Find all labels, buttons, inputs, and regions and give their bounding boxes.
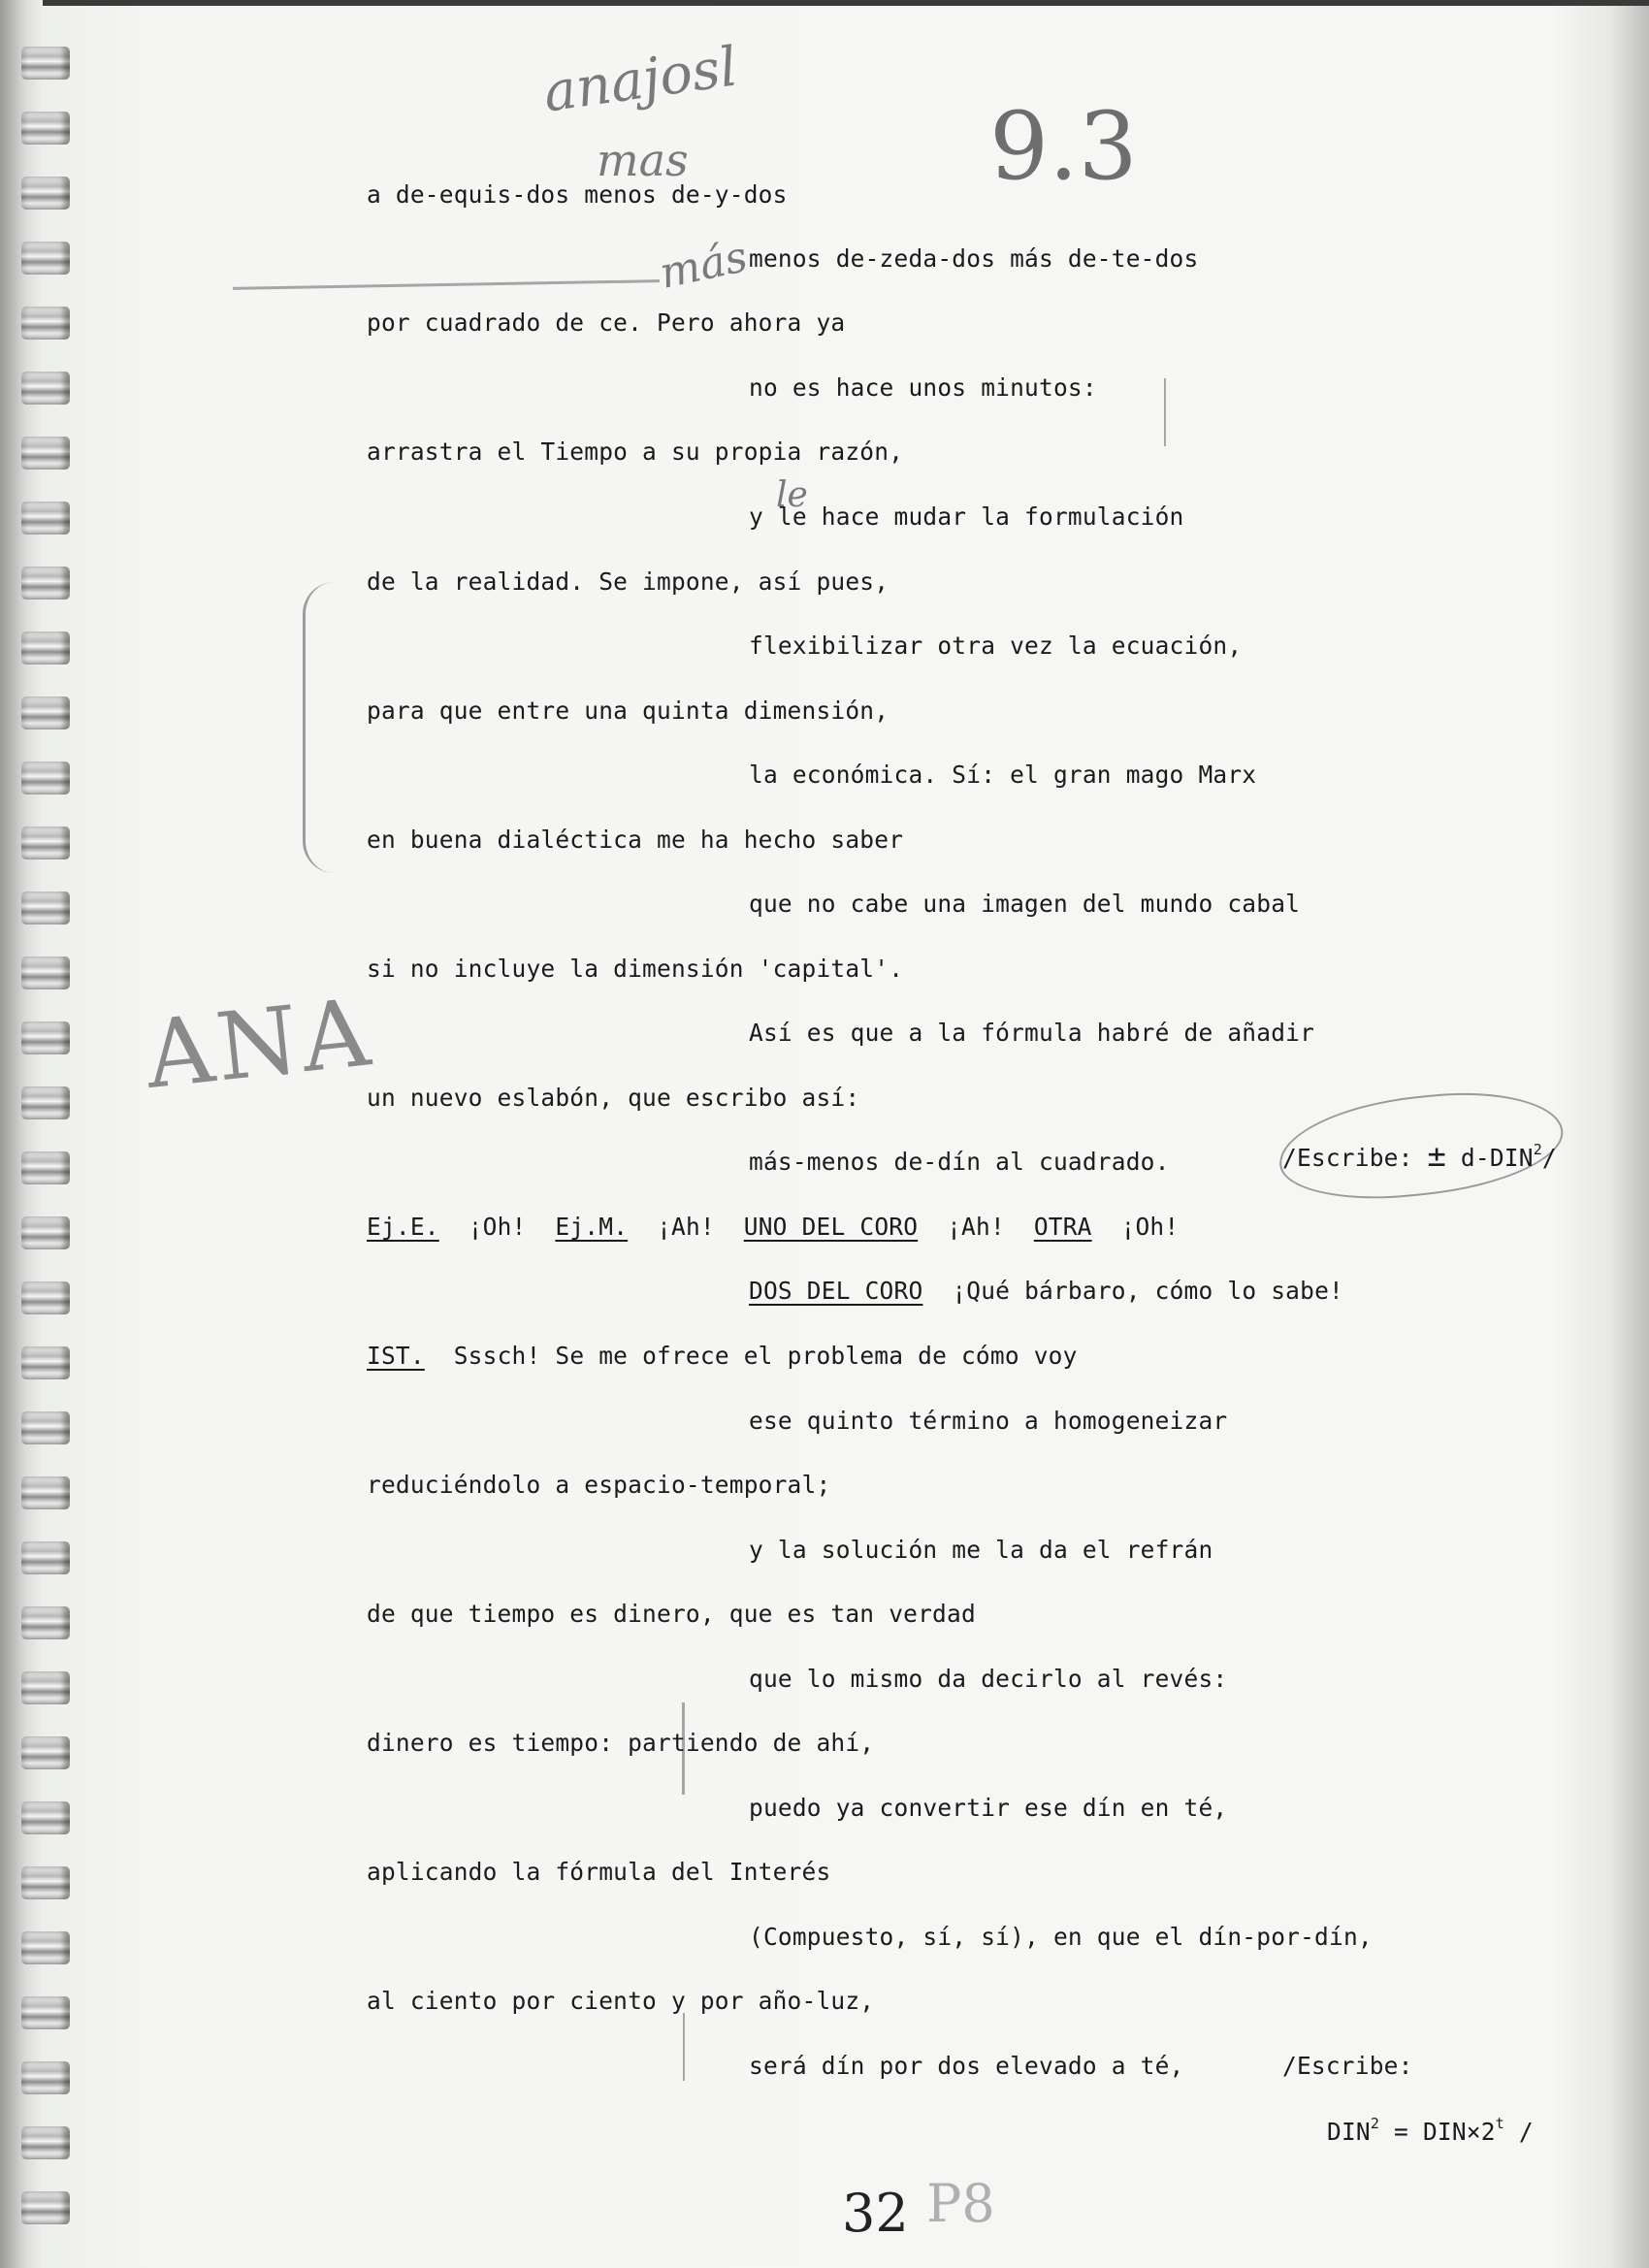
plus-minus-symbol: ±: [1428, 1137, 1446, 1174]
stage-direction-formula: d-DIN: [1446, 1144, 1534, 1172]
formula-equals: = DIN×2: [1379, 2118, 1496, 2146]
handwritten-note-mas: mas: [597, 134, 689, 186]
binding-ring: [21, 1216, 70, 1249]
handwritten-note-mas-2: más: [656, 232, 752, 299]
verse-line: y le hace mudar la formulación: [749, 502, 1184, 531]
binding-ring: [21, 956, 70, 989]
speaker-name: IST.: [367, 1342, 425, 1370]
verse-line: reduciéndolo a espacio-temporal;: [367, 1471, 830, 1499]
binding-ring: [21, 1606, 70, 1639]
chorus-exchange-2: DOS DEL CORO ¡Qué bárbaro, cómo lo sabe!: [749, 1277, 1343, 1305]
speaker-name: Ej.M.: [555, 1213, 628, 1241]
pencil-strikethrough: [233, 279, 660, 290]
verse-line: un nuevo eslabón, que escribo así:: [367, 1084, 859, 1112]
speech: ¡Oh!: [469, 1213, 527, 1241]
stage-direction-suffix: /: [1504, 2118, 1534, 2146]
scan-edge-shadow: [0, 0, 1649, 6]
binding-ring: [21, 2191, 70, 2224]
handwritten-note-top: anajosl: [539, 35, 741, 124]
chorus-exchange: Ej.E. ¡Oh! Ej.M. ¡Ah! UNO DEL CORO ¡Ah! …: [367, 1213, 1179, 1241]
verse-line: arrastra el Tiempo a su propia razón,: [367, 437, 903, 466]
verse-line: que lo mismo da decirlo al revés:: [749, 1665, 1227, 1693]
spiral-binding-rings: [21, 47, 72, 2256]
verse-line: y la solución me la da el refrán: [749, 1536, 1212, 1564]
binding-ring: [21, 1151, 70, 1184]
verse-line: más-menos de-dín al cuadrado.: [749, 1148, 1170, 1176]
binding-ring: [21, 826, 70, 859]
stage-direction-escribe-2-formula: DIN2 = DIN×2t /: [1327, 2115, 1534, 2146]
binding-ring: [21, 2126, 70, 2159]
pencil-margin-bracket: [303, 582, 335, 873]
stage-direction-escribe-2-label: /Escribe:: [1282, 2052, 1413, 2080]
verse-line: Así es que a la fórmula habré de añadir: [749, 1019, 1314, 1047]
binding-ring: [21, 1281, 70, 1314]
speech: ¡Ah!: [657, 1213, 715, 1241]
verse-line: menos de-zeda-dos más de-te-dos: [749, 244, 1198, 273]
ist-speech: IST. Sssch! Se me ofrece el problema de …: [367, 1342, 1078, 1370]
binding-ring: [21, 697, 70, 729]
binding-ring: [21, 372, 70, 405]
binding-ring: [21, 1996, 70, 2029]
margin-name-annotation: ANA: [141, 978, 378, 1110]
verse-line: flexibilizar otra vez la ecuación,: [749, 632, 1242, 660]
binding-ring: [21, 1021, 70, 1054]
scanned-page: anajosl mas más le 9.3 ANA 32 P8 a de-eq…: [0, 0, 1649, 2268]
speech: ¡Ah!: [947, 1213, 1005, 1241]
verse-line: a de-equis-dos menos de-y-dos: [367, 180, 788, 209]
stage-direction-suffix: /: [1542, 1144, 1557, 1172]
binding-ring: [21, 567, 70, 599]
verse-line: en buena dialéctica me ha hecho saber: [367, 826, 903, 854]
binding-ring: [21, 1931, 70, 1964]
formula-exponent: t: [1496, 2115, 1504, 2132]
formula-exponent: 2: [1534, 1141, 1542, 1158]
binding-ring: [21, 891, 70, 924]
binding-ring: [21, 242, 70, 275]
formula-exponent: 2: [1371, 2115, 1379, 2132]
verse-line: puedo ya convertir ese dín en té,: [749, 1794, 1227, 1822]
binding-ring: [21, 437, 70, 470]
formula-lhs: DIN: [1327, 2118, 1371, 2146]
binding-ring: [21, 1801, 70, 1834]
speaker-name: Ej.E.: [367, 1213, 439, 1241]
binding-ring: [21, 177, 70, 210]
pencil-mark: [1164, 378, 1166, 446]
page-number: 32: [842, 2183, 909, 2244]
binding-ring: [21, 1866, 70, 1899]
speech: Sssch! Se me ofrece el problema de cómo …: [454, 1342, 1078, 1370]
binding-ring: [21, 1541, 70, 1574]
verse-line: (Compuesto, sí, sí), en que el dín-por-d…: [749, 1923, 1373, 1951]
verse-line: por cuadrado de ce. Pero ahora ya: [367, 308, 845, 337]
binding-ring: [21, 1411, 70, 1444]
verse-line: aplicando la fórmula del Interés: [367, 1858, 830, 1886]
verse-line: para que entre una quinta dimensión,: [367, 697, 889, 725]
binding-ring: [21, 307, 70, 340]
verse-line: si no incluye la dimensión 'capital'.: [367, 955, 903, 983]
binding-ring: [21, 1346, 70, 1379]
binding-ring: [21, 2061, 70, 2094]
verse-line: que no cabe una imagen del mundo cabal: [749, 890, 1300, 918]
speaker-name: OTRA: [1034, 1213, 1092, 1241]
verse-line: será dín por dos elevado a té,: [749, 2052, 1184, 2080]
verse-line: la económica. Sí: el gran mago Marx: [749, 761, 1256, 789]
binding-ring: [21, 1476, 70, 1509]
verse-line: de la realidad. Se impone, así pues,: [367, 567, 889, 596]
verse-line: al ciento por ciento y por año-luz,: [367, 1987, 874, 2015]
verse-line: ese quinto término a homogeneizar: [749, 1407, 1227, 1435]
binding-ring: [21, 1086, 70, 1119]
binding-ring: [21, 632, 70, 664]
verse-line: dinero es tiempo: partiendo de ahí,: [367, 1729, 874, 1757]
speech: ¡Oh!: [1121, 1213, 1180, 1241]
binding-ring: [21, 112, 70, 145]
section-number: 9.3: [989, 92, 1138, 201]
pencil-mark: [683, 2013, 685, 2081]
stage-direction-prefix: /Escribe:: [1282, 1144, 1428, 1172]
binding-ring: [21, 502, 70, 535]
page-code: P8: [926, 2173, 995, 2234]
binding-ring: [21, 47, 70, 80]
binding-ring: [21, 761, 70, 794]
binding-ring: [21, 1671, 70, 1704]
binding-ring: [21, 1736, 70, 1769]
verse-line: no es hace unos minutos:: [749, 373, 1097, 402]
speech: ¡Qué bárbaro, cómo lo sabe!: [952, 1277, 1343, 1305]
stage-direction-escribe: /Escribe: ± d-DIN2/: [1282, 1137, 1557, 1174]
speaker-name: UNO DEL CORO: [744, 1213, 918, 1241]
verse-line: de que tiempo es dinero, que es tan verd…: [367, 1600, 976, 1628]
speaker-name: DOS DEL CORO: [749, 1277, 922, 1305]
